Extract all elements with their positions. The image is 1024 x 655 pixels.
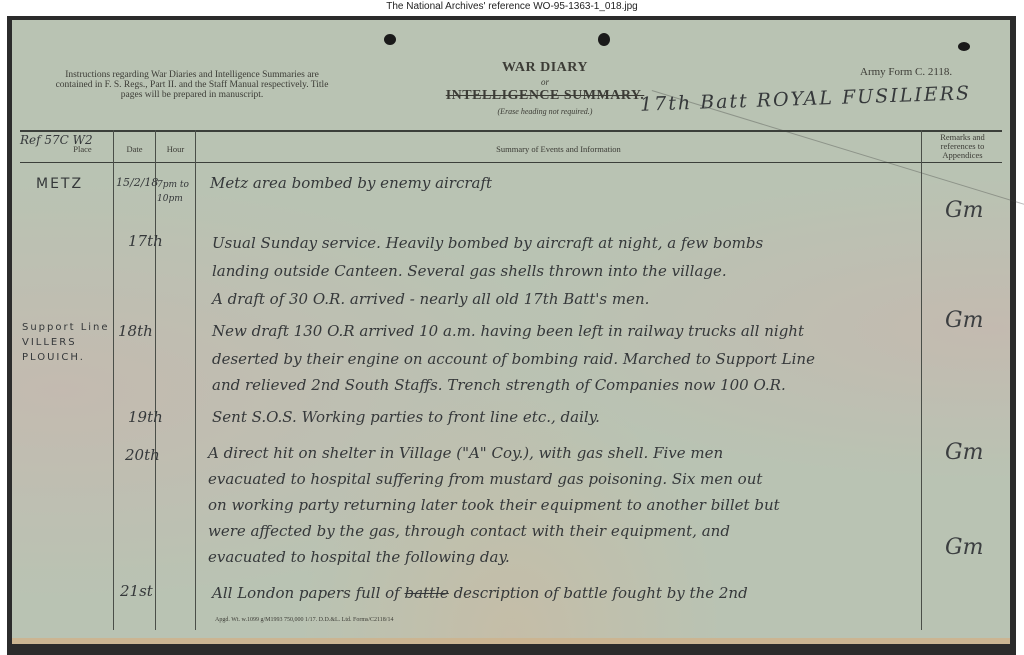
entry-place: Support Line VILLERS PLOUICH. (22, 320, 110, 365)
punch-hole (958, 42, 970, 51)
col-header-remarks: Remarks and references to Appendices (925, 133, 1000, 160)
initials-signature: Gm (945, 198, 983, 223)
col-divider (113, 130, 114, 630)
col-header-place: Place (55, 144, 110, 154)
entry-hour: 7pm to 10pm (157, 178, 195, 206)
col-header-summary: Summary of Events and Information (196, 144, 921, 154)
entry-line: evacuated to hospital the following day. (208, 548, 510, 566)
image-caption: The National Archives' reference WO-95-1… (0, 0, 1024, 16)
title-or: or (420, 76, 670, 88)
entry-date: 18th (118, 322, 153, 340)
col-divider (195, 130, 196, 630)
entry-line: deserted by their engine on account of b… (212, 350, 815, 368)
army-form-number: Army Form C. 2118. (860, 66, 952, 78)
entry-text: description of battle fought by the 2nd (454, 584, 748, 602)
entry-line: New draft 130 O.R arrived 10 a.m. having… (212, 322, 804, 340)
entry-date: 15/2/18 (116, 176, 158, 189)
struck-word: battle (405, 584, 449, 602)
title-war-diary: WAR DIARY (420, 60, 670, 76)
col-header-hour: Hour (156, 144, 195, 154)
entry-line: evacuated to hospital suffering from mus… (208, 470, 762, 488)
entry-date: 17th (128, 232, 163, 250)
entry-line: A draft of 30 O.R. arrived - nearly all … (212, 290, 649, 308)
entry-line: All London papers full of battle descrip… (212, 584, 748, 602)
entry-line: were affected by the gas, through contac… (208, 522, 730, 540)
entry-place: METZ (36, 176, 83, 192)
entry-line: landing outside Canteen. Several gas she… (212, 262, 727, 280)
erase-note: (Erase heading not required.) (420, 107, 670, 116)
entry-date: 20th (125, 446, 160, 464)
entry-line: Usual Sunday service. Heavily bombed by … (212, 234, 763, 252)
title-intelligence-summary: INTELLIGENCE SUMMARY. (420, 88, 670, 104)
initials-signature: Gm (945, 308, 983, 333)
entry-text: All London papers full of (212, 584, 400, 602)
entry-line: on working party returning later took th… (208, 496, 780, 514)
initials-signature: Gm (945, 440, 983, 465)
entry-line: Sent S.O.S. Working parties to front lin… (212, 408, 600, 426)
entry-line: A direct hit on shelter in Village ("A" … (208, 444, 723, 462)
col-divider (921, 130, 922, 630)
entry-date: 19th (128, 408, 163, 426)
instructions-text: Instructions regarding War Diaries and I… (52, 70, 332, 100)
initials-signature: Gm (945, 535, 983, 560)
form-print-note: Apgd. Wt. w.1099 g/M1993 750,000 1/17. D… (215, 617, 393, 623)
header-bottom-rule (20, 162, 1002, 163)
col-header-date: Date (114, 144, 155, 154)
entry-line: and relieved 2nd South Staffs. Trench st… (212, 376, 786, 394)
entry-date: 21st (120, 582, 153, 600)
header-top-rule (20, 130, 1002, 132)
punch-hole (384, 34, 396, 45)
title-block: WAR DIARY or INTELLIGENCE SUMMARY. (Eras… (420, 60, 670, 116)
entry-line: Metz area bombed by enemy aircraft (210, 174, 492, 192)
col-divider (155, 130, 156, 630)
punch-hole (598, 33, 610, 46)
